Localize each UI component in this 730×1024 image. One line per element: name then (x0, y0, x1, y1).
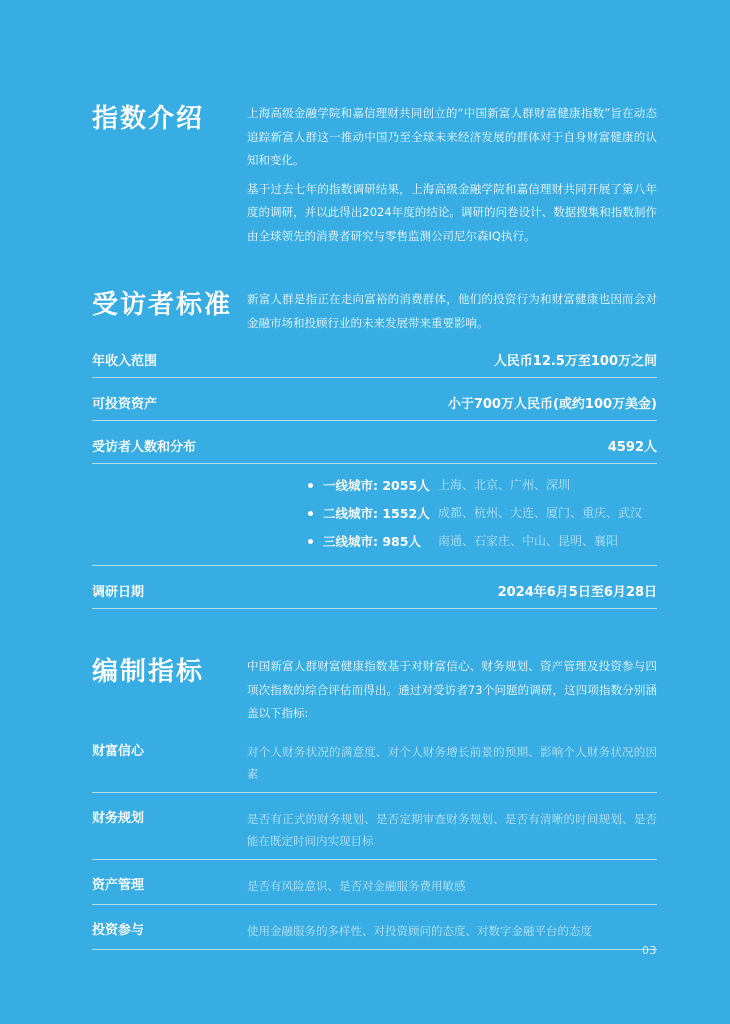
indicator-label: 财务规划 (92, 808, 247, 830)
indicator-row-engagement: 投资参与 使用金融服务的多样性、对投资顾问的态度、对数字金融平台的态度 (92, 905, 657, 950)
page-number: 03 (642, 944, 657, 957)
indicator-row-asset-management: 资产管理 是否有风险意识、是否对金融服务费用敏感 (92, 860, 657, 905)
criteria-label: 调研日期 (92, 584, 144, 601)
tier-cities: 成都、杭州、大连、厦门、重庆、武汉 (438, 505, 657, 522)
intro-paragraph-1: 上海高级金融学院和嘉信理财共同创立的“中国新富人群财富健康指数”旨在动态追踪新富… (247, 102, 657, 173)
indicator-row-confidence: 财富信心 对个人财务状况的满意度、对个人财务增长前景的预期、影响个人财务状况的因… (92, 726, 657, 793)
indicators-description: 中国新富人群财富健康指数基于对财富信心、财务规划、资产管理及投资参与四项次指数的… (247, 655, 657, 726)
indicator-row-planning: 财务规划 是否有正式的财务规划、是否定期审查财务规划、是否有清晰的时间规划、是否… (92, 793, 657, 860)
bullet-icon (308, 539, 313, 544)
indicator-description: 对个人财务状况的满意度、对个人财务增长前景的预期、影响个人财务状况的因素 (247, 741, 657, 785)
criteria-row-survey-date: 调研日期 2024年6月5日至6月28日 (92, 566, 657, 609)
bullet-icon (308, 511, 313, 516)
section-respondents-body: 新富人群是指正在走向富裕的消费群体，他们的投资行为和财富健康也因而会对金融市场和… (247, 288, 657, 335)
bullet-icon (308, 483, 313, 488)
city-tier-item-3: 三线城市: 985人 南通、石家庄、中山、昆明、襄阳 (308, 533, 657, 550)
city-tier-item-2: 二线城市: 1552人 成都、杭州、大连、厦门、重庆、武汉 (308, 505, 657, 522)
criteria-label: 可投资资产 (92, 396, 157, 413)
tier-label: 一线城市: 2055人 (323, 477, 438, 494)
section-indicators-body: 中国新富人群财富健康指数基于对财富信心、财务规划、资产管理及投资参与四项次指数的… (247, 655, 657, 726)
indicator-rows: 财富信心 对个人财务状况的满意度、对个人财务增长前景的预期、影响个人财务状况的因… (92, 726, 657, 950)
criteria-row-assets: 可投资资产 小于700万人民币(或约100万美金) (92, 378, 657, 421)
section-title-intro: 指数介绍 (92, 102, 247, 136)
section-indicators-head: 编制指标 中国新富人群财富健康指数基于对财富信心、财务规划、资产管理及投资参与四… (92, 655, 657, 726)
section-title-respondents: 受访者标准 (92, 288, 247, 322)
section-intro: 指数介绍 上海高级金融学院和嘉信理财共同创立的“中国新富人群财富健康指数”旨在动… (92, 0, 657, 248)
section-indicators: 编制指标 中国新富人群财富健康指数基于对财富信心、财务规划、资产管理及投资参与四… (92, 655, 657, 950)
section-intro-body: 上海高级金融学院和嘉信理财共同创立的“中国新富人群财富健康指数”旨在动态追踪新富… (247, 102, 657, 248)
report-page: 指数介绍 上海高级金融学院和嘉信理财共同创立的“中国新富人群财富健康指数”旨在动… (0, 0, 730, 1024)
section-title-indicators: 编制指标 (92, 655, 247, 689)
indicator-description: 是否有正式的财务规划、是否定期审查财务规划、是否有清晰的时间规划、是否能在既定时… (247, 808, 657, 852)
indicator-label: 财富信心 (92, 741, 247, 763)
city-tier-item-1: 一线城市: 2055人 上海、北京、广州、深圳 (308, 477, 657, 494)
criteria-value: 人民币12.5万至100万之间 (494, 353, 657, 370)
indicator-description: 使用金融服务的多样性、对投资顾问的态度、对数字金融平台的态度 (247, 920, 657, 942)
criteria-row-income: 年收入范围 人民币12.5万至100万之间 (92, 335, 657, 378)
criteria-value: 4592人 (608, 439, 657, 456)
criteria-label: 年收入范围 (92, 353, 157, 370)
section-respondents: 受访者标准 新富人群是指正在走向富裕的消费群体，他们的投资行为和财富健康也因而会… (92, 288, 657, 609)
tier-label: 三线城市: 985人 (323, 533, 438, 550)
tier-label: 二线城市: 1552人 (323, 505, 438, 522)
criteria-rows: 年收入范围 人民币12.5万至100万之间 可投资资产 小于700万人民币(或约… (92, 335, 657, 609)
criteria-value: 小于700万人民币(或约100万美金) (448, 396, 657, 413)
city-tier-list: 一线城市: 2055人 上海、北京、广州、深圳 二线城市: 1552人 成都、杭… (92, 464, 657, 566)
criteria-row-sample: 受访者人数和分布 4592人 (92, 421, 657, 464)
indicator-label: 资产管理 (92, 875, 247, 897)
indicator-label: 投资参与 (92, 920, 247, 942)
respondents-description: 新富人群是指正在走向富裕的消费群体，他们的投资行为和财富健康也因而会对金融市场和… (247, 288, 657, 335)
tier-cities: 上海、北京、广州、深圳 (438, 477, 657, 494)
tier-cities: 南通、石家庄、中山、昆明、襄阳 (438, 533, 657, 550)
criteria-value: 2024年6月5日至6月28日 (498, 584, 657, 601)
page-content: 指数介绍 上海高级金融学院和嘉信理财共同创立的“中国新富人群财富健康指数”旨在动… (92, 0, 657, 950)
criteria-label: 受访者人数和分布 (92, 439, 196, 456)
section-respondents-head: 受访者标准 新富人群是指正在走向富裕的消费群体，他们的投资行为和财富健康也因而会… (92, 288, 657, 335)
indicator-description: 是否有风险意识、是否对金融服务费用敏感 (247, 875, 657, 897)
intro-paragraph-2: 基于过去七年的指数调研结果，上海高级金融学院和嘉信理财共同开展了第八年度的调研，… (247, 178, 657, 249)
